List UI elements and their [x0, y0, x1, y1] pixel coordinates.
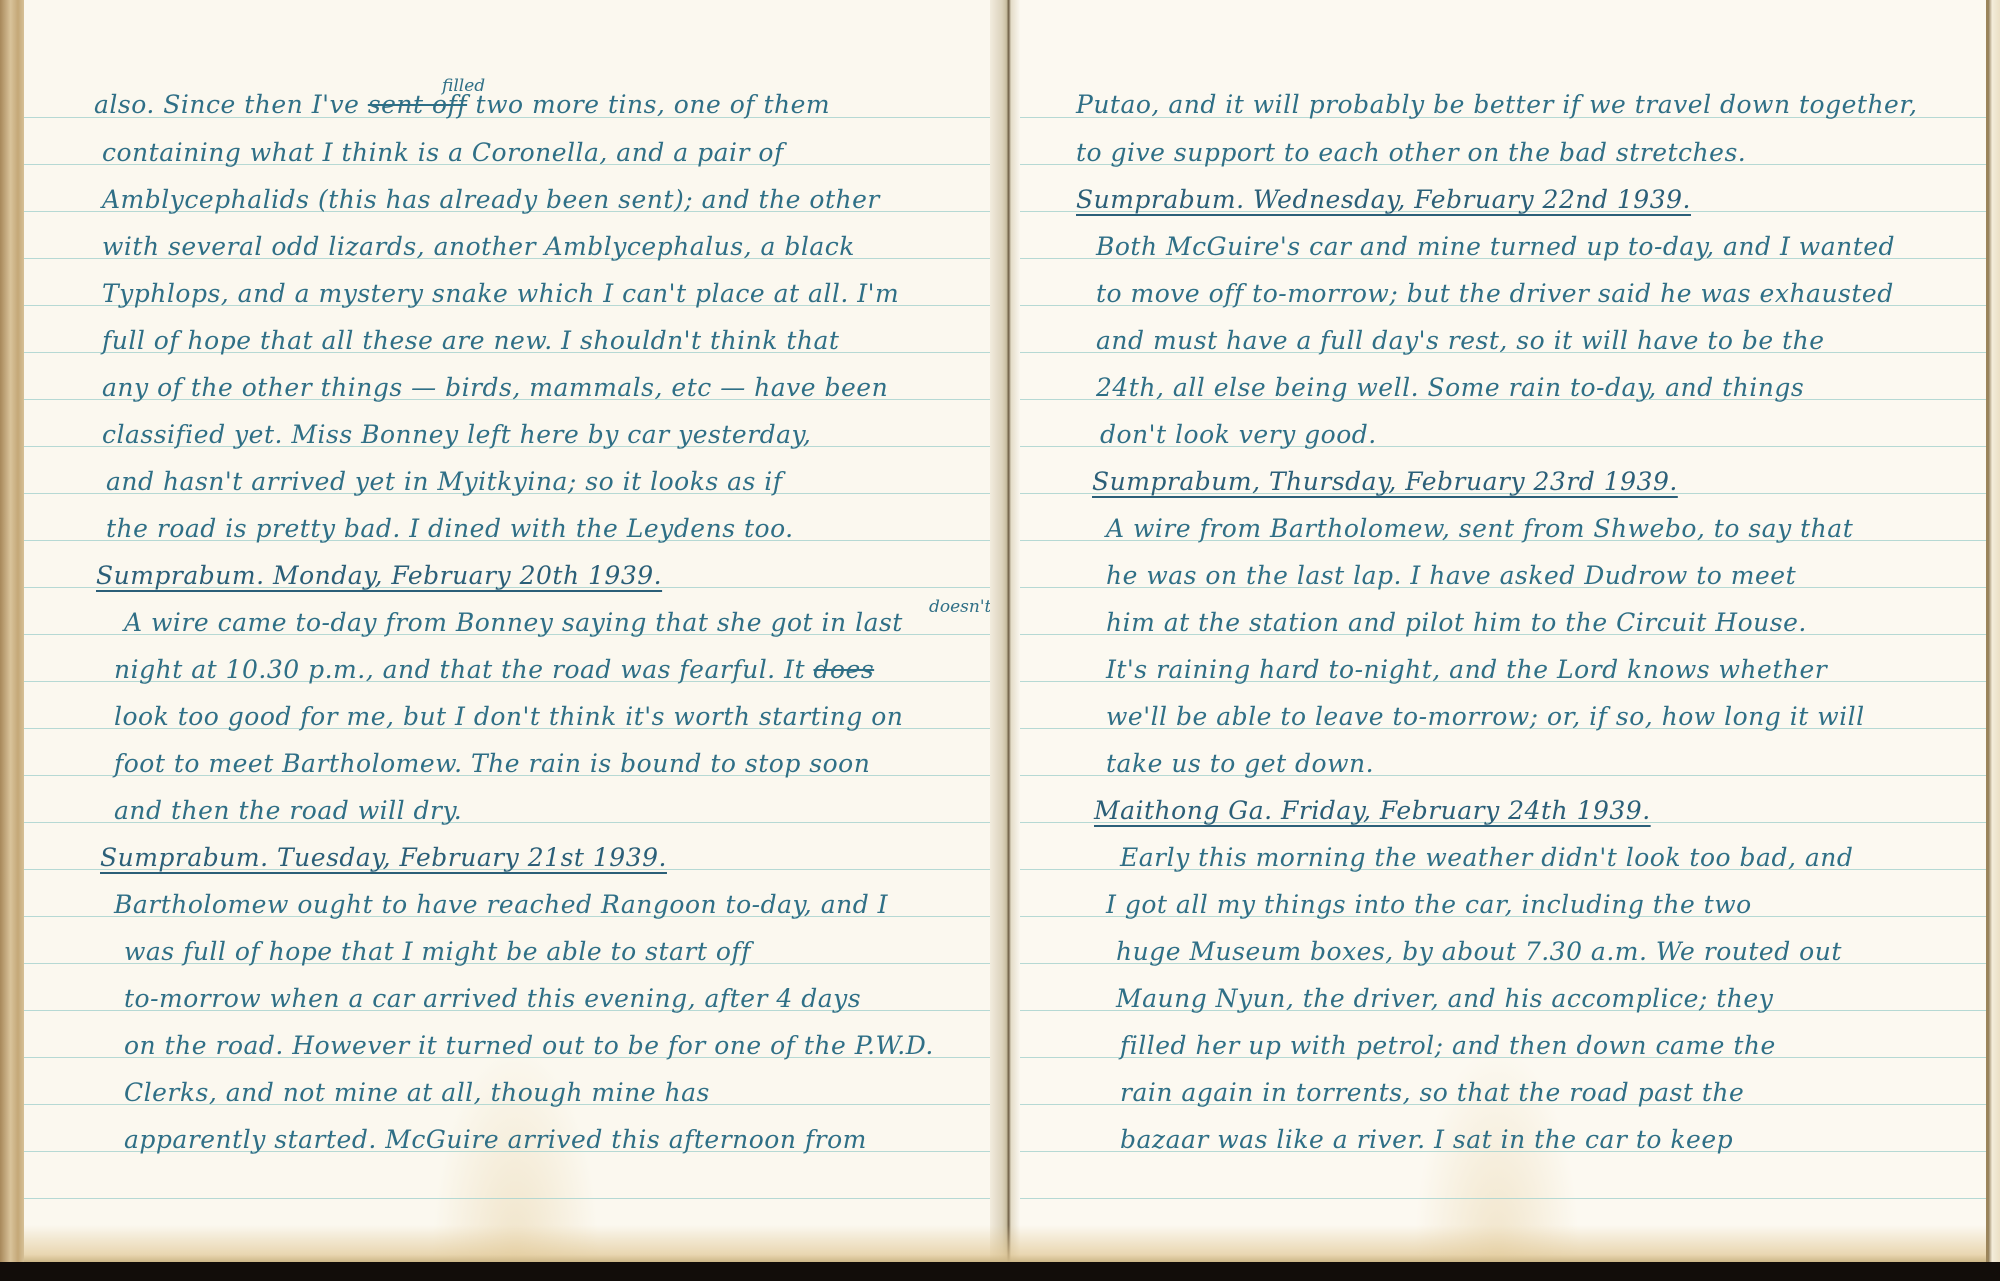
insertion-doesnt: doesn't: [929, 597, 991, 617]
text-line: any of the other things — birds, mammals…: [102, 373, 888, 402]
text-line: look too good for me, but I don't think …: [114, 702, 903, 731]
text-line: Typhlops, and a mystery snake which I ca…: [102, 279, 899, 308]
text-line: filled her up with petrol; and then down…: [1120, 1031, 1776, 1060]
text-span: also. Since then I've: [94, 90, 359, 119]
text-line: foot to meet Bartholomew. The rain is bo…: [114, 749, 870, 778]
struck-text: does: [813, 655, 874, 684]
text-line: 24th, all else being well. Some rain to-…: [1096, 373, 1804, 402]
text-line: to give support to each other on the bad…: [1076, 138, 1746, 167]
text-line: classified yet. Miss Bonney left here by…: [102, 420, 811, 449]
text-line: full of hope that all these are new. I s…: [102, 326, 839, 355]
text-line: Bartholomew ought to have reached Rangoo…: [114, 890, 888, 919]
book-right-edge: [1986, 0, 2000, 1262]
text-line: A wire came to-day from Bonney saying th…: [124, 608, 903, 637]
text-line: bazaar was like a river. I sat in the ca…: [1120, 1125, 1733, 1154]
text-line: also. Since then I've sent off two more …: [94, 90, 830, 119]
text-line: It's raining hard to-night, and the Lord…: [1106, 655, 1827, 684]
text-line: was full of hope that I might be able to…: [124, 937, 751, 966]
book-gutter: [990, 0, 1020, 1262]
text-line: the road is pretty bad. I dined with the…: [106, 514, 794, 543]
right-page: Putao, and it will probably be better if…: [1008, 0, 1986, 1262]
text-line: Maung Nyun, the driver, and his accompli…: [1116, 984, 1773, 1013]
entry-heading-feb-21: Sumprabum. Tuesday, February 21st 1939.: [100, 843, 667, 872]
text-line: and then the road will dry.: [114, 796, 462, 825]
text-line: he was on the last lap. I have asked Dud…: [1106, 561, 1796, 590]
text-line: rain again in torrents, so that the road…: [1120, 1078, 1744, 1107]
text-line: Putao, and it will probably be better if…: [1076, 90, 1918, 119]
text-line: Amblycephalids (this has already been se…: [102, 185, 880, 214]
background-surface: [0, 1262, 2000, 1281]
struck-text: sent off: [368, 90, 467, 119]
text-line: we'll be able to leave to-morrow; or, if…: [1106, 702, 1865, 731]
text-line: with several odd lizards, another Amblyc…: [102, 232, 855, 261]
text-line: to-morrow when a car arrived this evenin…: [124, 984, 861, 1013]
text-line: on the road. However it turned out to be…: [124, 1031, 934, 1060]
entry-heading-feb-20: Sumprabum. Monday, February 20th 1939.: [96, 561, 662, 590]
entry-heading-feb-24: Maithong Ga. Friday, February 24th 1939.: [1094, 796, 1651, 825]
text-line: and hasn't arrived yet in Myitkyina; so …: [106, 467, 783, 496]
text-span: two more tins, one of them: [476, 90, 831, 119]
text-line: Early this morning the weather didn't lo…: [1120, 843, 1853, 872]
text-line: him at the station and pilot him to the …: [1106, 608, 1807, 637]
entry-heading-feb-23: Sumprabum, Thursday, February 23rd 1939.: [1092, 467, 1678, 496]
text-line: to move off to-morrow; but the driver sa…: [1096, 279, 1894, 308]
text-line: don't look very good.: [1100, 420, 1377, 449]
page-bottom-stain: [24, 1225, 1986, 1262]
text-line: and must have a full day's rest, so it w…: [1096, 326, 1825, 355]
text-line: Both McGuire's car and mine turned up to…: [1096, 232, 1895, 261]
left-page: filled also. Since then I've sent off tw…: [24, 0, 1008, 1262]
text-line: I got all my things into the car, includ…: [1106, 890, 1752, 919]
text-line: apparently started. McGuire arrived this…: [124, 1125, 867, 1154]
text-line: Clerks, and not mine at all, though mine…: [124, 1078, 710, 1107]
text-span: night at 10.30 p.m., and that the road w…: [114, 655, 805, 684]
text-line: huge Museum boxes, by about 7.30 a.m. We…: [1116, 937, 1842, 966]
text-line: containing what I think is a Coronella, …: [102, 138, 784, 167]
text-line: take us to get down.: [1106, 749, 1374, 778]
text-line: A wire from Bartholomew, sent from Shweb…: [1106, 514, 1853, 543]
entry-heading-feb-22: Sumprabum. Wednesday, February 22nd 1939…: [1076, 185, 1691, 214]
text-line: night at 10.30 p.m., and that the road w…: [114, 655, 874, 684]
